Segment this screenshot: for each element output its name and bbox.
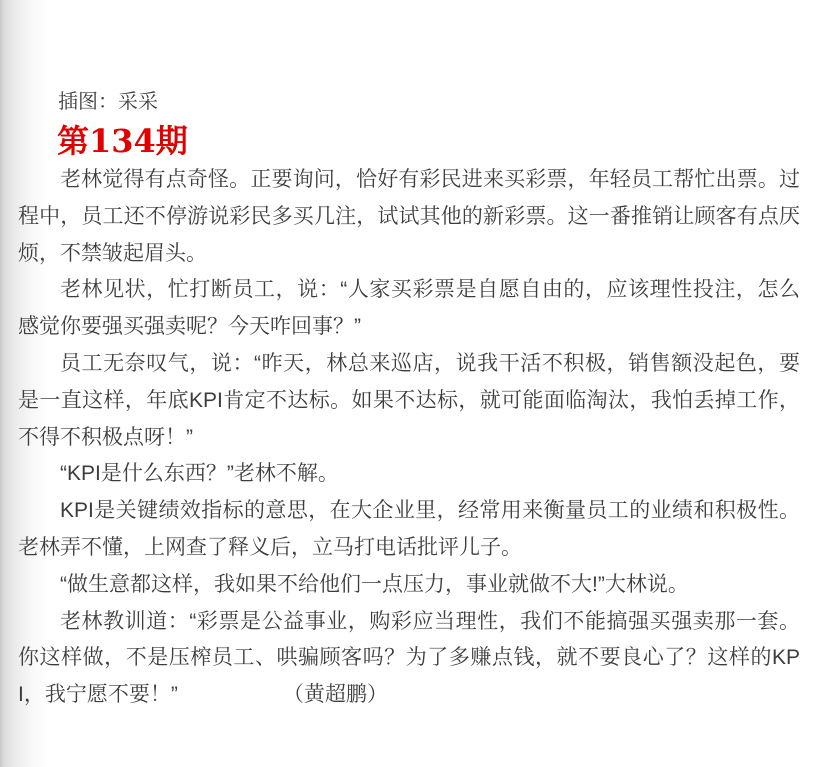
author-byline: （黄超鹏） — [241, 677, 388, 714]
illustration-credit: 插图：采采 — [58, 88, 800, 116]
story-paragraph-7: 老林教训道：“彩票是公益事业，购彩应当理性，我们不能搞强买强卖那一套。你这样做，… — [18, 604, 800, 714]
story-paragraph-4: “KPI是什么东西？”老林不解。 — [18, 456, 800, 493]
magazine-page: 插图：采采 第134期 老林觉得有点奇怪。正要询问，恰好有彩民进来买彩票，年轻员… — [0, 0, 820, 767]
issue-number-heading: 第134期 — [57, 120, 800, 162]
story-paragraph-5: KPI是关键绩效指标的意思，在大企业里，经常用来衡量员工的业绩和积极性。老林弄不… — [18, 493, 800, 567]
story-paragraph-7-text: 老林教训道：“彩票是公益事业，购彩应当理性，我们不能搞强买强卖那一套。你这样做，… — [18, 610, 800, 707]
story-content: 插图：采采 第134期 老林觉得有点奇怪。正要询问，恰好有彩民进来买彩票，年轻员… — [0, 0, 820, 714]
story-paragraph-2: 老林见状，忙打断员工，说：“人家买彩票是自愿自由的，应该理性投注，怎么感觉你要强… — [18, 272, 800, 346]
story-paragraph-1: 老林觉得有点奇怪。正要询问，恰好有彩民进来买彩票，年轻员工帮忙出票。过程中，员工… — [18, 162, 800, 272]
story-paragraph-3: 员工无奈叹气，说：“昨天，林总来巡店，说我干活不积极，销售额没起色，要是一直这样… — [18, 346, 800, 456]
story-paragraph-6: “做生意都这样，我如果不给他们一点压力，事业就做不大!”大林说。 — [18, 567, 800, 604]
